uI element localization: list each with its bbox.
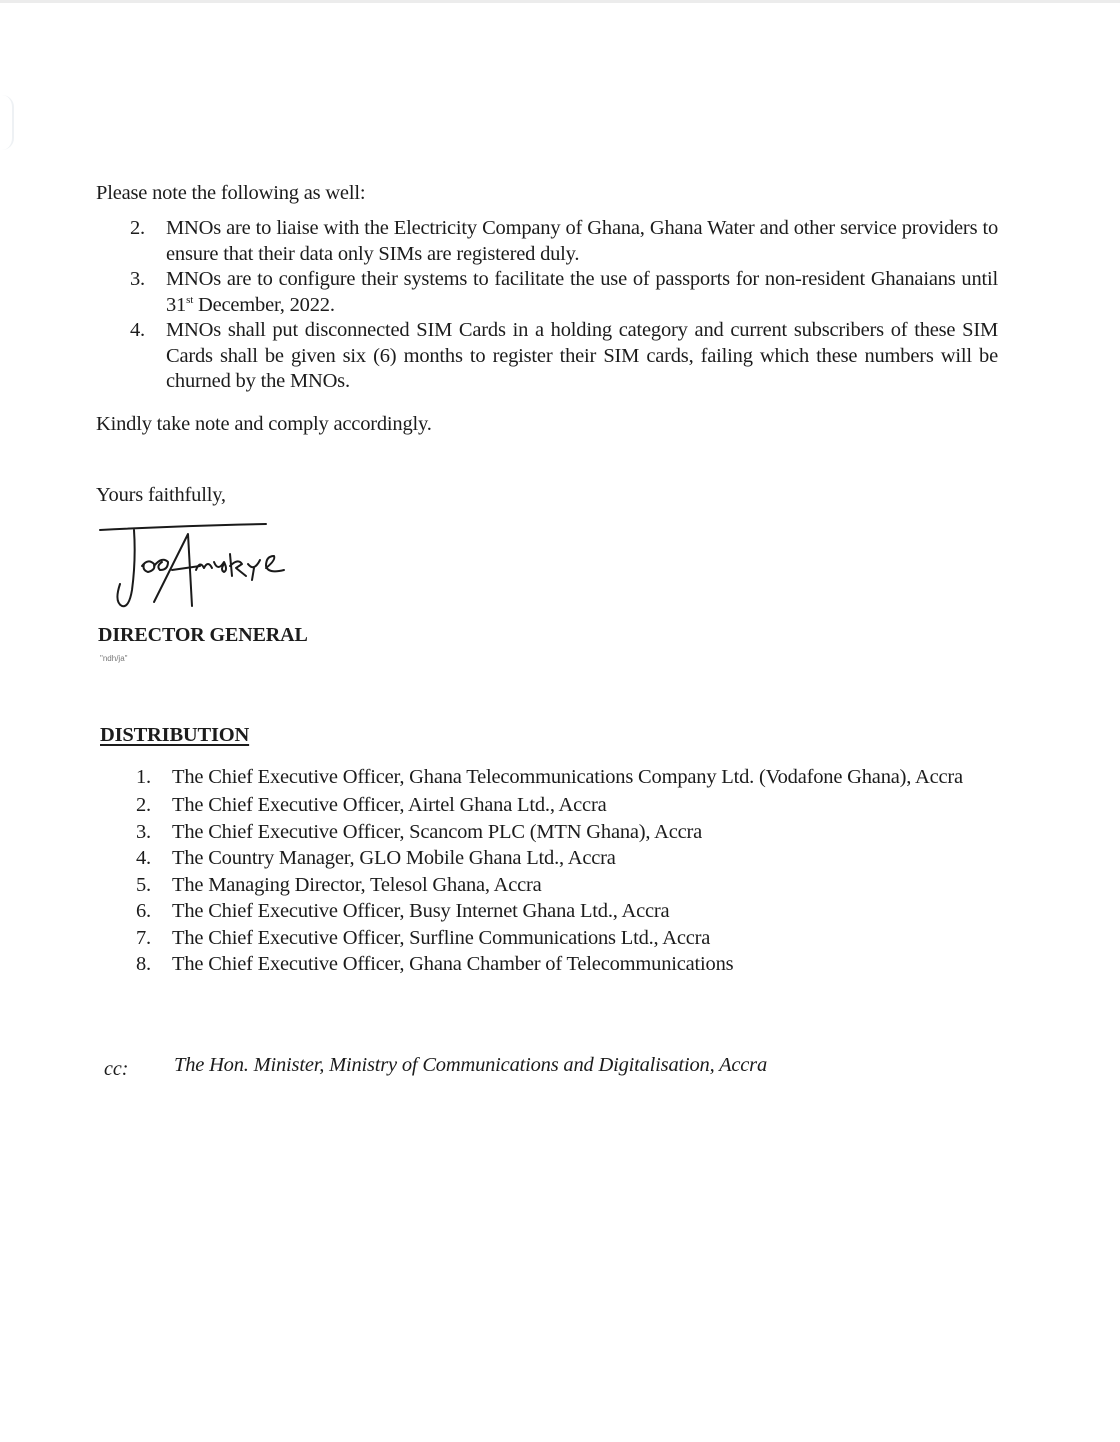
distribution-text: The Chief Executive Officer, Ghana Telec…: [172, 766, 963, 788]
distribution-text: The Chief Executive Officer, Surfline Co…: [172, 927, 710, 949]
note-number: 2.: [130, 216, 145, 242]
distribution-list: 1. The Chief Executive Officer, Ghana Te…: [172, 763, 1002, 978]
distribution-item: 6. The Chief Executive Officer, Busy Int…: [172, 898, 1002, 925]
ordinal-suffix: st: [186, 294, 193, 306]
distribution-number: 1.: [136, 763, 151, 792]
distribution-number: 5.: [136, 872, 151, 899]
distribution-text: The Chief Executive Officer, Ghana Chamb…: [172, 953, 733, 975]
note-number: 4.: [130, 318, 145, 344]
distribution-number: 2.: [136, 792, 151, 819]
closing-instruction: Kindly take note and comply accordingly.: [96, 412, 432, 437]
notes-list: 2. MNOs are to liaise with the Electrici…: [166, 216, 998, 395]
distribution-number: 8.: [136, 951, 151, 978]
distribution-number: 7.: [136, 925, 151, 952]
note-item: 3. MNOs are to configure their systems t…: [166, 267, 998, 318]
distribution-item: 2. The Chief Executive Officer, Airtel G…: [172, 792, 1002, 819]
reference-initials: "ndh/ja": [100, 654, 127, 663]
distribution-text: The Chief Executive Officer, Airtel Ghan…: [172, 794, 606, 816]
distribution-item: 4. The Country Manager, GLO Mobile Ghana…: [172, 845, 1002, 872]
distribution-item: 8. The Chief Executive Officer, Ghana Ch…: [172, 951, 1002, 978]
distribution-item: 1. The Chief Executive Officer, Ghana Te…: [172, 763, 1002, 792]
cc-recipient: The Hon. Minister, Ministry of Communica…: [174, 1054, 767, 1077]
salutation: Yours faithfully,: [96, 483, 226, 508]
distribution-item: 5. The Managing Director, Telesol Ghana,…: [172, 872, 1002, 899]
distribution-text: The Chief Executive Officer, Busy Intern…: [172, 900, 669, 922]
cc-label: cc:: [104, 1058, 128, 1081]
note-text-end: December, 2022.: [193, 294, 335, 316]
intro-text: Please note the following as well:: [96, 181, 365, 206]
note-text: MNOs shall put disconnected SIM Cards in…: [166, 319, 998, 392]
signatory-title: DIRECTOR GENERAL: [98, 623, 308, 648]
distribution-number: 3.: [136, 819, 151, 846]
distribution-text: The Chief Executive Officer, Scancom PLC…: [172, 821, 702, 843]
note-text: MNOs are to liaise with the Electricity …: [166, 217, 998, 265]
note-item: 4. MNOs shall put disconnected SIM Cards…: [166, 318, 998, 395]
scan-artifact-mark: [2, 95, 14, 150]
distribution-item: 3. The Chief Executive Officer, Scancom …: [172, 819, 1002, 846]
page-top-edge: [0, 0, 1120, 3]
note-item: 2. MNOs are to liaise with the Electrici…: [166, 216, 998, 267]
distribution-text: The Managing Director, Telesol Ghana, Ac…: [172, 874, 542, 896]
note-number: 3.: [130, 267, 145, 293]
distribution-number: 6.: [136, 898, 151, 925]
distribution-heading: DISTRIBUTION: [100, 724, 249, 747]
distribution-number: 4.: [136, 845, 151, 872]
signature-icon: [96, 520, 306, 615]
distribution-item: 7. The Chief Executive Officer, Surfline…: [172, 925, 1002, 952]
distribution-text: The Country Manager, GLO Mobile Ghana Lt…: [172, 847, 616, 869]
